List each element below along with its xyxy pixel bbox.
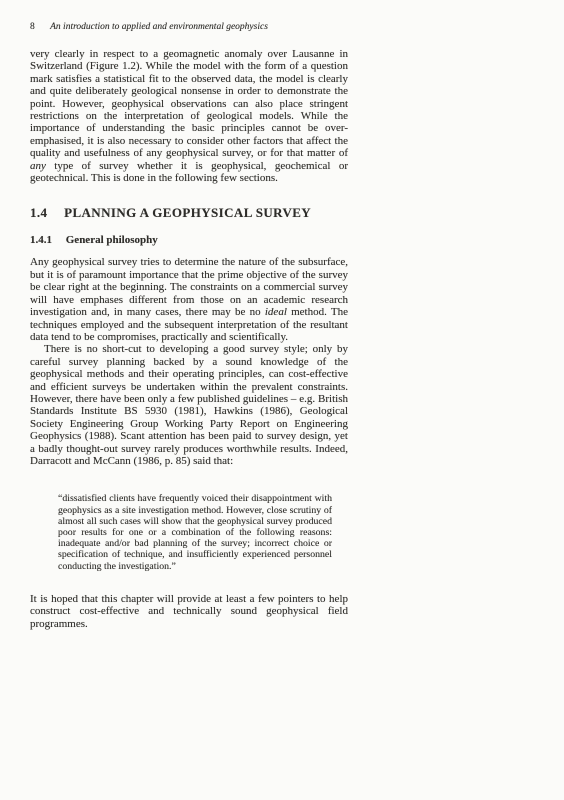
subsection-number: 1.4.1	[30, 234, 52, 246]
page-number: 8	[30, 22, 35, 32]
text-column: 8 An introduction to applied and environ…	[30, 22, 348, 630]
section-number: 1.4	[30, 205, 47, 220]
intro-text-2: type of survey whether it is geophysical…	[30, 160, 348, 184]
closing-paragraph: It is hoped that this chapter will provi…	[30, 593, 348, 630]
subsection-title: General philosophy	[66, 234, 158, 246]
intro-italic-word: any	[30, 160, 46, 172]
intro-text-1: very clearly in respect to a geomagnetic…	[30, 48, 348, 159]
block-quotation: “dissatisfied clients have frequently vo…	[58, 493, 332, 571]
book-page: 8 An introduction to applied and environ…	[0, 0, 564, 800]
philosophy-italic-word: ideal	[265, 306, 287, 318]
philosophy-paragraph-2: There is no short-cut to developing a go…	[30, 343, 348, 467]
section-heading: 1.4 PLANNING A GEOPHYSICAL SURVEY	[30, 205, 348, 220]
section-title: PLANNING A GEOPHYSICAL SURVEY	[64, 205, 311, 220]
subsection-heading: 1.4.1 General philosophy	[30, 234, 348, 247]
philosophy-paragraph-1: Any geophysical survey tries to determin…	[30, 256, 348, 343]
running-title: An introduction to applied and environme…	[50, 22, 268, 32]
running-header: 8 An introduction to applied and environ…	[30, 22, 348, 33]
intro-paragraph: very clearly in respect to a geomagnetic…	[30, 48, 348, 184]
